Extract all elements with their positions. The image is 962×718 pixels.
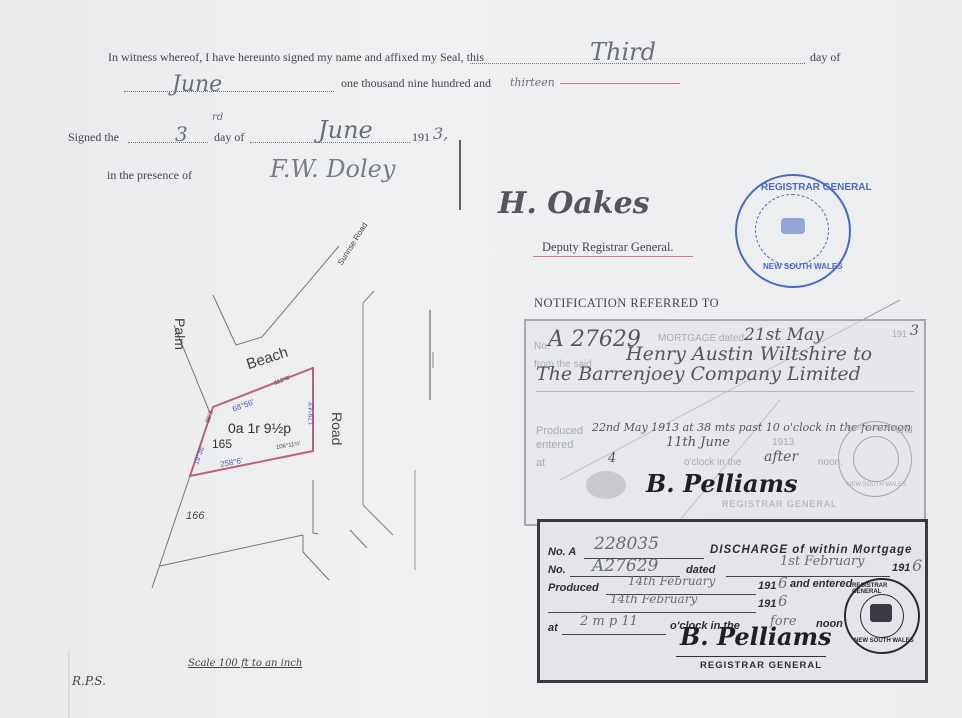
signed-year-printed: 191 <box>412 130 430 145</box>
discharge-stamp: No. A 228035 DISCHARGE of within Mortgag… <box>537 519 928 683</box>
witness-signature: F.W. Doley <box>270 155 395 183</box>
notif-entered-year: 1913 <box>772 437 794 448</box>
discharge-and-entered-label: and entered <box>790 578 852 590</box>
discharge-entered-year-handwritten: 6 <box>778 592 788 610</box>
notif-from-value: Henry Austin Wiltshire to <box>626 343 872 365</box>
discharge-registrar-label: REGISTRAR GENERAL <box>700 660 822 671</box>
deputy-title: Deputy Registrar General. <box>542 240 674 255</box>
discharge-seal-text-bottom: NEW SOUTH WALES <box>854 638 914 644</box>
discharge-registrar-signature: B. Pelliams <box>680 622 831 651</box>
lot-165-label: 165 <box>212 437 232 451</box>
discharge-no-value: A27629 <box>592 556 658 576</box>
notif-entered-label: entered <box>536 439 573 451</box>
plan-label-palm: Palm <box>172 318 188 350</box>
lot-area: 0a 1r 9½p <box>228 420 291 436</box>
year-handwritten: thirteen <box>510 76 555 89</box>
notif-entered-value: 11th June <box>666 435 730 450</box>
lot-166-label: 166 <box>186 510 204 522</box>
notif-registrar-signature: B. Pelliams <box>646 469 797 498</box>
notif-year-printed: 191 <box>892 329 907 339</box>
signed-day-of-label: day of <box>214 130 244 145</box>
signed-day-suffix: rd <box>212 112 223 123</box>
discharge-entered-value: 14th February <box>610 592 697 606</box>
discharge-dated-year-handwritten: 6 <box>912 556 922 575</box>
day-handwritten: Third <box>590 38 656 66</box>
discharge-produced-value: 14th February <box>628 574 715 588</box>
discharge-no-label: No. <box>548 564 566 576</box>
notif-oclock-label: o'clock in the <box>684 457 742 468</box>
notif-at-label: at <box>536 457 545 469</box>
notif-to-value: The Barrenjoey Company Limited <box>536 363 861 385</box>
signed-day-handwritten: 3 <box>175 122 188 146</box>
discharge-produced-year: 191 <box>758 580 776 592</box>
signed-year-handwritten: 3, <box>433 124 448 143</box>
deputy-red-line <box>533 256 693 257</box>
coat-of-arms-icon <box>781 218 805 234</box>
notif-registrar-label: REGISTRAR GENERAL <box>722 499 837 509</box>
discharge-produced-label: Produced <box>548 582 599 594</box>
discharge-no-a-label: No. A <box>548 546 576 558</box>
signed-month-handwritten: June <box>318 116 373 144</box>
discharge-at-value: 2 m p 11 <box>580 614 638 629</box>
discharge-no-a-value: 228035 <box>594 534 659 554</box>
notif-seal-text-bottom: NEW SOUTH WALES <box>847 482 906 488</box>
month-field-line <box>124 91 334 92</box>
notif-year-handwritten: 3 <box>910 323 919 339</box>
bearing-right: 179°43' <box>308 402 315 426</box>
year-label: one thousand nine hundred and <box>341 76 491 91</box>
discharge-dated-year: 191 <box>892 562 910 574</box>
document-page: In witness whereof, I have hereunto sign… <box>0 0 962 718</box>
notif-at-value: 4 <box>608 451 616 466</box>
discharge-seal: REGISTRAR GENERAL NEW SOUTH WALES <box>844 578 920 654</box>
discharge-produced-year-handwritten: 6 <box>778 574 788 592</box>
deputy-signature: H. Oakes <box>498 186 650 221</box>
notif-produced-label: Produced <box>536 425 583 437</box>
wax-seal-icon <box>586 471 626 499</box>
notif-seal-text-top: REGISTRAR GENERAL <box>845 426 910 432</box>
day-of-label: day of <box>810 50 840 65</box>
witness-clause-text: In witness whereof, I have hereunto sign… <box>108 50 484 65</box>
registrar-general-seal: REGISTRAR GENERAL NEW SOUTH WALES <box>735 174 851 288</box>
notif-dated-value: 21st May <box>744 325 824 345</box>
notification-heading: NOTIFICATION REFERRED TO <box>534 296 719 311</box>
notification-stamp: No. A 27629 MORTGAGE dated 21st May 191 … <box>524 319 926 526</box>
notif-noon-value: after <box>764 449 798 465</box>
signed-the-label: Signed the <box>68 130 119 145</box>
year-red-line <box>560 83 680 84</box>
notif-seal: REGISTRAR GENERAL NEW SOUTH WALES <box>838 421 912 497</box>
seal-text-top: REGISTRAR GENERAL <box>761 182 872 193</box>
discharge-coat-of-arms-icon <box>870 604 892 622</box>
seal-text-bottom: NEW SOUTH WALES <box>763 262 843 271</box>
discharge-seal-text-top: REGISTRAR GENERAL <box>852 583 918 595</box>
discharge-at-label: at <box>548 622 558 634</box>
presence-label: in the presence of <box>107 168 192 183</box>
signed-day-line <box>128 142 208 143</box>
scale-note: Scale 100 ft to an inch <box>188 658 302 669</box>
discharge-dated-value: 1st February <box>780 554 865 569</box>
month-handwritten: June <box>172 72 222 97</box>
discharge-entered-year: 191 <box>758 598 776 610</box>
surveyor-initials: R.P.S. <box>72 674 106 688</box>
plan-label-road: Road <box>329 412 345 445</box>
